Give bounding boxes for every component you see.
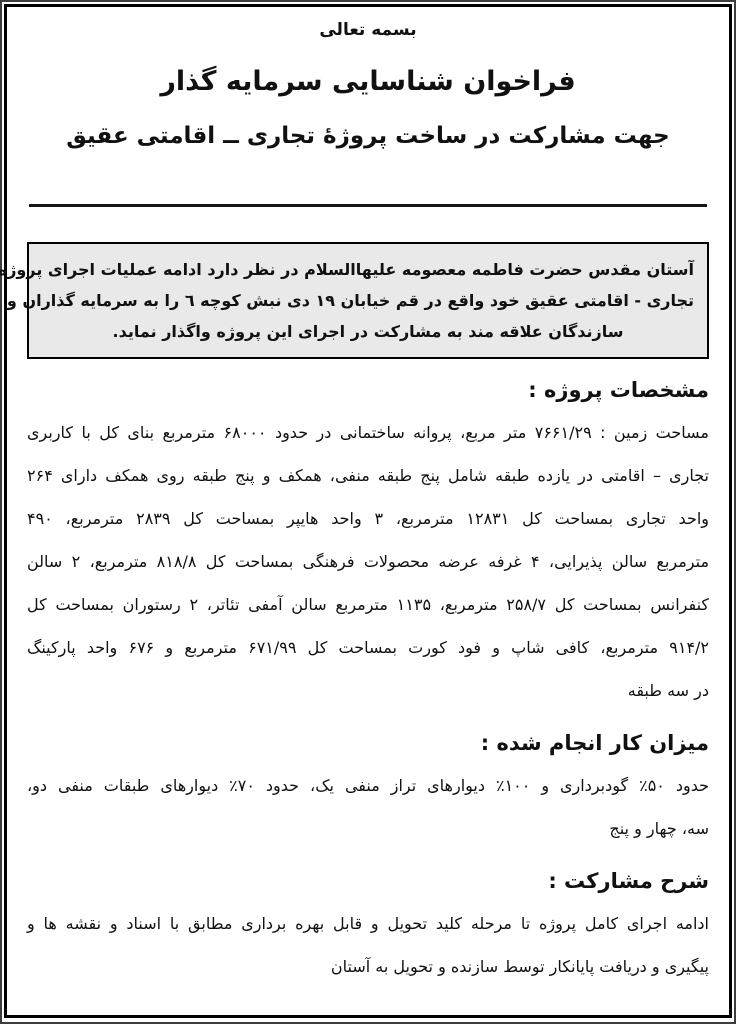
notice-line: تجاری - اقامتی عقیق خود واقع در قم خیابا… (42, 285, 694, 316)
body-text-line: کنفرانس بمساحت کل ۲۵۸/۷ مترمربع، ۱۱۳۵ مت… (27, 583, 709, 626)
divider-rule (29, 204, 707, 207)
document-page: بسمه تعالی فراخوان شناسایی سرمایه گذار ج… (0, 0, 736, 1024)
body-text-line: سه، چهار و پنج (27, 807, 709, 850)
section-body-partnership-terms: ادامه اجرای کامل پروژه تا مرحله کلید تحو… (27, 902, 709, 988)
body-text-line: واحد تجاری بمساحت کل ۱۲۸۳۱ مترمربع، ۳ وا… (27, 497, 709, 540)
body-text-line: حدود ۵۰٪ گودبرداری و ۱۰۰٪ دیوارهای تراز … (27, 764, 709, 807)
section-heading-partnership-terms: شرح مشارکت : (27, 866, 709, 896)
inner-page-border: بسمه تعالی فراخوان شناسایی سرمایه گذار ج… (4, 4, 732, 1018)
notice-box: آستان مقدس حضرت فاطمه معصومه علیهاالسلام… (27, 242, 709, 359)
notice-line: آستان مقدس حضرت فاطمه معصومه علیهاالسلام… (42, 254, 694, 285)
notice-line: سازندگان علاقه مند به مشارکت در اجرای ای… (42, 316, 694, 347)
body-text-line: پیگیری و دریافت پایانکار توسط سازنده و ت… (27, 945, 709, 988)
section-heading-project-specs: مشخصات پروژه : (27, 375, 709, 405)
section-partnership-terms: شرح مشارکت : ادامه اجرای کامل پروژه تا م… (27, 866, 709, 988)
section-work-progress: میزان کار انجام شده : حدود ۵۰٪ گودبرداری… (27, 728, 709, 850)
sub-title: جهت مشارکت در ساخت پروژهٔ تجاری ــ اقامت… (27, 117, 709, 155)
section-heading-work-progress: میزان کار انجام شده : (27, 728, 709, 758)
body-text-line: تجاری – اقامتی در یازده طبقه شامل پنج طب… (27, 454, 709, 497)
main-title: فراخوان شناسایی سرمایه گذار (27, 62, 709, 102)
bismillah-text: بسمه تعالی (27, 19, 709, 41)
section-project-specs: مشخصات پروژه : مساحت زمین : ۷۶۶۱/۲۹ متر … (27, 375, 709, 712)
body-text-line: ۹۱۴/۲ مترمربع، کافی شاپ و فود کورت بمساح… (27, 626, 709, 669)
section-body-project-specs: مساحت زمین : ۷۶۶۱/۲۹ متر مربع، پروانه سا… (27, 411, 709, 712)
body-text-line: ادامه اجرای کامل پروژه تا مرحله کلید تحو… (27, 902, 709, 945)
section-body-work-progress: حدود ۵۰٪ گودبرداری و ۱۰۰٪ دیوارهای تراز … (27, 764, 709, 850)
body-text-line: مترمربع سالن پذیرایی، ۴ غرفه عرضه محصولا… (27, 540, 709, 583)
body-text-line: مساحت زمین : ۷۶۶۱/۲۹ متر مربع، پروانه سا… (27, 411, 709, 454)
body-text-line: در سه طبقه (27, 669, 709, 712)
